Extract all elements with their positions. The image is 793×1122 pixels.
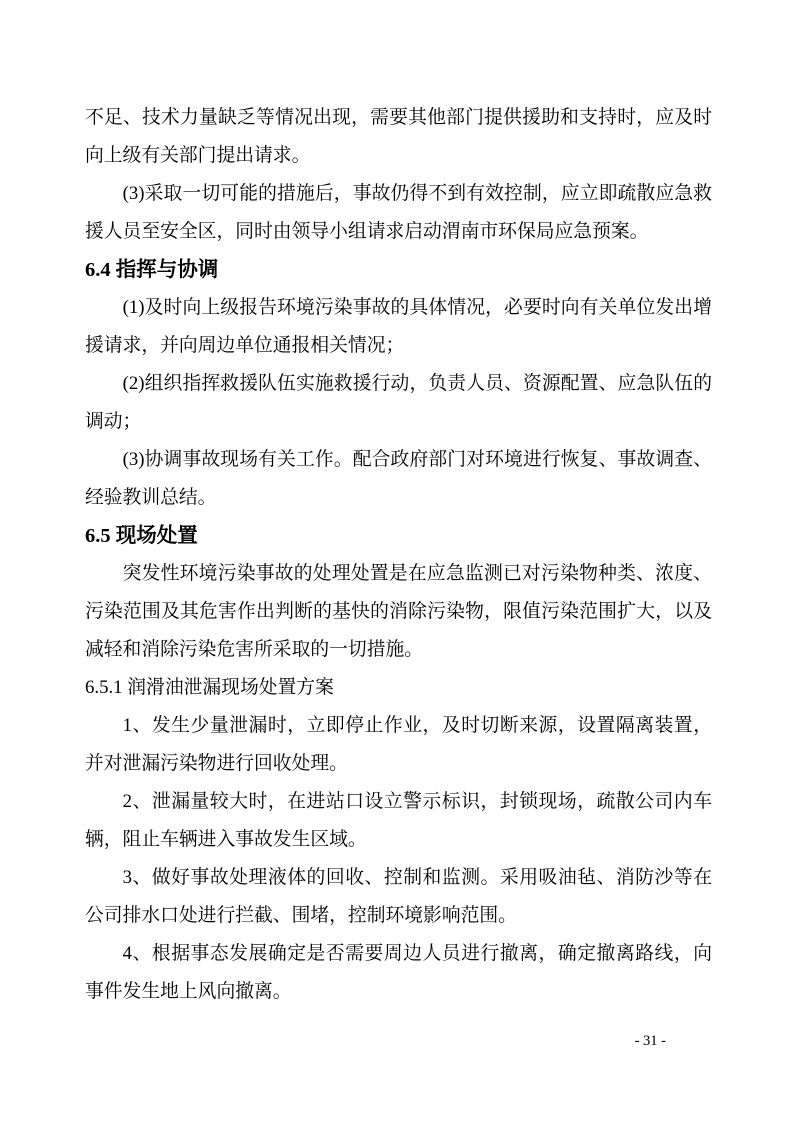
section-heading-6-5-onsite-disposal: 6.5 现场处置 <box>85 517 712 555</box>
coordination-item-3: (3)协调事故现场有关工作。配合政府部门对环境进行恢复、事故调查、经验教训总结。 <box>85 441 712 517</box>
document-content: 不足、技术力量缺乏等情况出现，需要其他部门提供援助和支持时，应及时向上级有关部门… <box>85 99 712 1011</box>
paragraph-measures-3: (3)采取一切可能的措施后，事故仍得不到有效控制，应立即疏散应急救援人员至安全区… <box>85 175 712 251</box>
document-page: 不足、技术力量缺乏等情况出现，需要其他部门提供援助和支持时，应及时向上级有关部门… <box>0 0 793 1122</box>
page-footer: - 31 - <box>635 1031 666 1051</box>
onsite-disposal-intro: 突发性环境污染事故的处理处置是在应急监测已对污染物种类、浓度、污染范围及其危害作… <box>85 555 712 669</box>
paragraph-continuation: 不足、技术力量缺乏等情况出现，需要其他部门提供援助和支持时，应及时向上级有关部门… <box>85 99 712 175</box>
subsection-heading-6-5-1-lubricant-leak-plan: 6.5.1 润滑油泄漏现场处置方案 <box>85 669 712 707</box>
leak-step-2: 2、泄漏量较大时，在进站口设立警示标识，封锁现场，疏散公司内车辆，阻止车辆进入事… <box>85 783 712 859</box>
page-number: - 31 - <box>635 1033 666 1049</box>
leak-step-3: 3、做好事故处理液体的回收、控制和监测。采用吸油毡、消防沙等在公司排水口处进行拦… <box>85 859 712 935</box>
leak-step-4: 4、根据事态发展确定是否需要周边人员进行撤离，确定撤离路线，向事件发生地上风向撤… <box>85 935 712 1011</box>
coordination-item-2: (2)组织指挥救援队伍实施救援行动，负责人员、资源配置、应急队伍的调动； <box>85 365 712 441</box>
coordination-item-1: (1)及时向上级报告环境污染事故的具体情况，必要时向有关单位发出增援请求，并向周… <box>85 289 712 365</box>
section-heading-6-4-command-coordination: 6.4 指挥与协调 <box>85 251 712 289</box>
leak-step-1: 1、发生少量泄漏时，立即停止作业，及时切断来源，设置隔离装置，并对泄漏污染物进行… <box>85 707 712 783</box>
